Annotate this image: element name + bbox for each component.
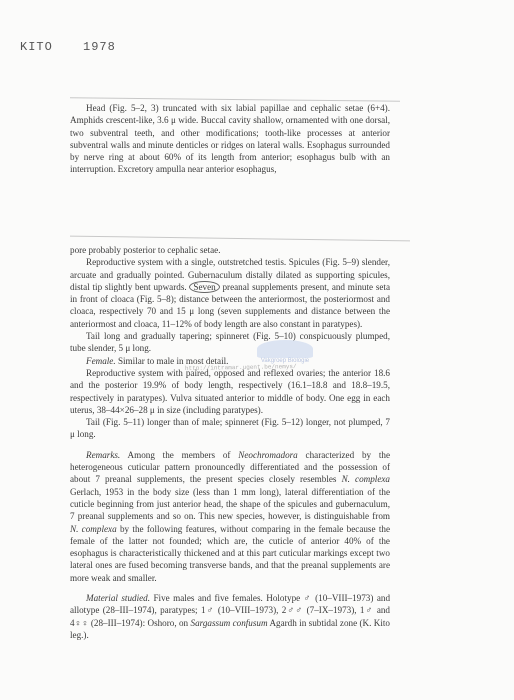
paragraph-continuation: pore probably posterior to cephalic seta…: [70, 244, 390, 256]
clipping-edge-middle: [70, 236, 410, 242]
header-year: 1978: [83, 40, 116, 54]
watermark: Vakgroep Biologie http://intramar.ugent.…: [230, 340, 340, 364]
paragraph-head: Head (Fig. 5–2, 3) truncated with six la…: [70, 102, 390, 176]
description-body-block: pore probably posterior to cephalic seta…: [70, 244, 390, 641]
description-head-block: Head (Fig. 5–2, 3) truncated with six la…: [70, 102, 390, 176]
paragraph-remarks: Remarks. Among the members of Neochromad…: [70, 449, 390, 584]
paragraph-male-reproductive: Reproductive system with a single, outst…: [70, 256, 390, 330]
watermark-logo-icon: [257, 340, 313, 358]
circled-annotation: Seven: [189, 281, 219, 293]
paragraph-female-reproductive: Reproductive system with paired, opposed…: [70, 367, 390, 416]
paragraph-female-tail: Tail (Fig. 5–11) longer than of male; sp…: [70, 416, 390, 441]
running-header: KITO 1978: [20, 40, 138, 54]
header-author: KITO: [20, 40, 53, 54]
paragraph-material: Material studied. Five males and five fe…: [70, 592, 390, 641]
